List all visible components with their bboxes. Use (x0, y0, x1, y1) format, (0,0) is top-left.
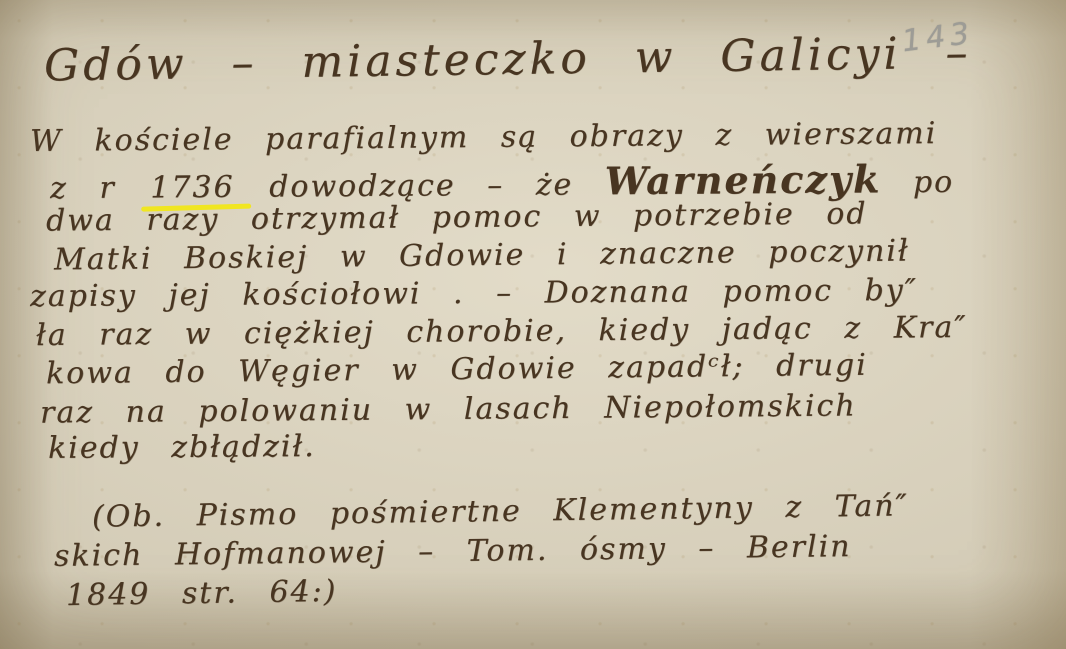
line-text: z r (50, 170, 147, 206)
handwriting-line: kowa do Węgier w Gdowie zapadᶜł; drugi (46, 348, 868, 392)
highlighted-year: 1736 (147, 170, 238, 207)
line-text: po (881, 165, 954, 201)
handwriting-line: Matki Boskiej w Gdowie i znaczne poczyni… (54, 234, 910, 278)
citation-line: (Ob. Pismo pośmiertne Klementyny z Tań″ (92, 488, 909, 534)
handwriting-line: ła raz w ciężkiej chorobie, kiedy jadąc … (36, 310, 968, 353)
handwriting-line: raz na polowaniu w lasach Niepołomskich (40, 388, 857, 430)
handwriting-line: W kościele parafialnym są obrazy z wiers… (30, 116, 938, 159)
citation-line: 1849 str. 64:) (66, 574, 338, 613)
manuscript-page: 143 Gdów – miasteczko w Galicyi – W kośc… (0, 0, 1066, 649)
handwriting-line: zapisy jej kościołowi . – Doznana pomoc … (30, 273, 918, 314)
citation-line: skich Hofmanowej – Tom. ósmy – Berlin (54, 529, 852, 574)
document-title: Gdów – miasteczko w Galicyi – (44, 28, 972, 92)
handwriting-line: dwa razy otrzymał pomoc w potrzebie od (46, 196, 868, 238)
handwriting-line: kiedy zbłądził. (48, 429, 316, 466)
